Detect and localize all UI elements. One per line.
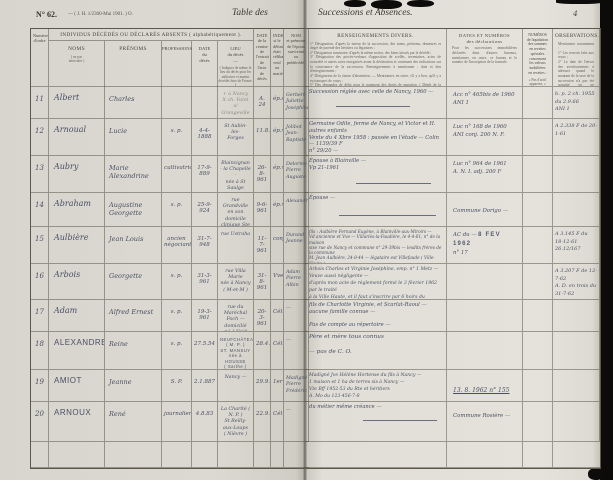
row-number: 18 [31, 332, 49, 370]
form-number: N° 62. [36, 10, 57, 19]
scan-artifact [407, 0, 434, 7]
cell-date-deces: 27.5.54 [192, 332, 218, 370]
cell-dates-numeros [447, 300, 523, 332]
cell-lieu-deces: + à Nancy X ch. Valet s/ Grangeville [218, 87, 254, 119]
cell-profession: s. p. [162, 264, 192, 300]
cell-observations: A 3.207 F de 12-7-62 A. D. en trois du 3… [553, 264, 600, 300]
row-number: 11 [31, 87, 49, 119]
cell-lieu-deces: rue Ustraha [218, 227, 254, 264]
right-table: RENSEIGNEMENTS DIVERS. 1° Désignation, d… [305, 28, 601, 469]
cell-etat: Cél. [271, 402, 284, 442]
cell-date-deces: 25-9-924 [192, 193, 218, 227]
cell-renseignements: Germaine Odile, ferme de Nancy, et Victo… [305, 119, 447, 156]
cell-date-deces: 2.1.887 [192, 370, 218, 402]
empty-cell [49, 442, 105, 468]
cell-observations [553, 370, 600, 402]
cell-nom: AMIOT [49, 370, 105, 402]
empty-cell [105, 442, 162, 468]
cell-nom: ARNOUX [49, 402, 105, 442]
cell-date-remise: 26-8-961 [254, 156, 271, 193]
cell-date-deces: 31-3-961 [192, 264, 218, 300]
cell-nom: Arnoual [49, 119, 105, 156]
cell-dates-numeros: Commune Rosière — [447, 402, 523, 442]
cell-nom: Abraham [49, 193, 105, 227]
col-header-prenoms: PRÉNOMS [105, 41, 162, 87]
empty-cell [523, 442, 553, 468]
cell-date-remise: 29.9.56 [254, 370, 271, 402]
row-number: 19 [31, 370, 49, 402]
cell-liquidation [523, 300, 553, 332]
ink-rule [356, 182, 430, 184]
col-group-individus: INDIVIDUS DÉCÉDÉS OU DÉCLARÉS ABSENTS ( … [49, 29, 254, 87]
empty-cell [218, 442, 254, 468]
cell-liquidation [523, 227, 553, 264]
cell-renseignements: Arbois Charles et Virginie Joséphine, em… [305, 264, 447, 300]
scan-artifact [588, 468, 604, 480]
cell-observations [553, 300, 600, 332]
empty-cell [271, 442, 284, 468]
ink-rule [336, 105, 410, 107]
cell-nom: Adam [49, 300, 105, 332]
cell-liquidation [523, 156, 553, 193]
cell-profession: s. p. [162, 193, 192, 227]
col-header-professions: PROFESSIONS [162, 41, 192, 87]
book-edge [600, 0, 613, 480]
col-header-lieu-deces: LIEU du décès —( Indiquer de même le lie… [218, 41, 253, 87]
cell-prenoms: René [105, 402, 162, 442]
cell-liquidation [523, 87, 553, 119]
cell-liquidation [523, 332, 553, 370]
cell-lieu-deces: La Charité ( N. P. ) St Reilly-aux-Loups… [218, 402, 254, 442]
cell-prenoms: Lucie [105, 119, 162, 156]
cell-date-remise: 28.4.54 [254, 332, 271, 370]
group-title: INDIVIDUS DÉCÉDÉS OU DÉCLARÉS ABSENTS ( … [49, 29, 253, 41]
cell-observations [553, 156, 600, 193]
cell-profession: s. p. [162, 119, 192, 156]
empty-cell [254, 442, 271, 468]
cell-profession: s. p. [162, 300, 192, 332]
cell-nom: ALEXANDRE [49, 332, 105, 370]
cell-lieu-deces: NEUFCHÂTEAU ( M. P. ) ST. MANSUY née à H… [218, 332, 254, 370]
row-number: 20 [31, 402, 49, 442]
cell-dates-numeros: Commune Dorigo — [447, 193, 523, 227]
cell-profession [162, 87, 192, 119]
cell-renseignements: fils de Charlotte Virginie, et Scarlat-R… [305, 300, 447, 332]
cell-dates-numeros: Luc n° 964 de 1961 A. N. I. adj. 200 F [447, 156, 523, 193]
cell-lieu-deces: rue du Maréchal Foch — domicilié né à Vo… [218, 300, 254, 332]
cell-profession: journalier [162, 402, 192, 442]
scan-artifact [556, 0, 602, 4]
empty-cell [192, 442, 218, 468]
cell-dates-numeros: Luc n° 168 de 1960 ANI conj. 200 N. F. [447, 119, 523, 156]
cell-renseignements: Madigné Jve Hélène Hortense du fils à Na… [305, 370, 447, 402]
cell-profession: s. p. [162, 332, 192, 370]
cell-lieu-deces: rue Villa Marie née à Nancy ( M-et-M ) [218, 264, 254, 300]
cell-observations: A 2.338 F de 20-1-61 [553, 119, 600, 156]
scan-artifact [344, 0, 366, 7]
cell-prenoms: Reine [105, 332, 162, 370]
cell-date-remise: A. 24 [254, 87, 271, 119]
cell-prenoms: Augustine Georgette [105, 193, 162, 227]
ink-rule [363, 419, 437, 421]
row-number: 15 [31, 227, 49, 264]
cell-etat: Cél. [271, 300, 284, 332]
cell-renseignements: Épouse à Blainville — Vp 21-1961 [305, 156, 447, 193]
cell-observations [553, 402, 600, 442]
cell-etat: conj. [271, 227, 284, 264]
col-header-etat-civil: INDIQUER si le défunt était célibataire,… [271, 29, 284, 87]
cell-profession: cultivatrice [162, 156, 192, 193]
cell-prenoms: Charles [105, 87, 162, 119]
cell-etat: ép.x [271, 156, 284, 193]
cell-prenoms: Jeanne [105, 370, 162, 402]
cell-nom: Arbois [49, 264, 105, 300]
col-header-numero: Numéros d'ordre [31, 29, 49, 87]
cell-prenoms: Marie Alexandrine [105, 156, 162, 193]
cell-liquidation [523, 370, 553, 402]
cell-renseignements: du métier même créance — [305, 402, 447, 442]
empty-cell [447, 442, 523, 468]
row-number: 16 [31, 264, 49, 300]
cell-prenoms: Georgette [105, 264, 162, 300]
empty-cell [31, 442, 49, 468]
dates-text: n° 17 [453, 249, 520, 257]
cell-liquidation [523, 119, 553, 156]
cell-renseignements: Succession réglée avec celle de Nancy, 1… [305, 87, 447, 119]
registry-scan: N° 62. — ( J. H. 1/2300-Mai 1901. ) O. T… [0, 0, 613, 480]
cell-observations [553, 332, 600, 370]
row-number: 12 [31, 119, 49, 156]
empty-cell [553, 442, 600, 468]
page-title-right: Successions et Absences. [318, 8, 413, 18]
cell-etat: ép.x [271, 119, 284, 156]
cell-observations: A 3.145 F du 18-12-61 26.12/167 [553, 227, 600, 264]
cell-date-remise: 9-6-961 [254, 193, 271, 227]
cell-date-deces: 19-3-961 [192, 300, 218, 332]
form-reference: — ( J. H. 1/2300-Mai 1901. ) O. [68, 12, 133, 17]
col-header-date-remise: DATE de la remise de l'extrait de l'acte… [254, 29, 271, 87]
cell-date-deces: 4-4-1888 [192, 119, 218, 156]
cell-liquidation [523, 264, 553, 300]
sub-headers: NOMS( ne pas intercaler ) PRÉNOMS PROFES… [49, 41, 253, 87]
cell-date-remise: 11.8.960 [254, 119, 271, 156]
col-header-date-deces: DATE du décès [192, 41, 218, 87]
cell-date-deces: 17-9-889 [192, 156, 218, 193]
cell-etat: ép.se [271, 87, 284, 119]
cell-date-deces [192, 87, 218, 119]
cell-observations [553, 193, 600, 227]
cell-etat: Cél. [271, 332, 284, 370]
col-header-renseignements: RENSEIGNEMENTS DIVERS. 1° Désignation, d… [305, 29, 447, 87]
cell-date-remise: 22.9.56 [254, 402, 271, 442]
page-number: 4 [573, 9, 578, 18]
cell-prenoms: Jean Louis [105, 227, 162, 264]
row-number: 13 [31, 156, 49, 193]
cell-dates-numeros: AC du — 8 FEV 1962 n° 17 [447, 227, 523, 264]
cell-nom: Aulbière [49, 227, 105, 264]
page-title-left: Table des [232, 8, 268, 18]
cell-etat: 1er [271, 370, 284, 402]
cell-liquidation [523, 402, 553, 442]
col-header-noms: NOMS( ne pas intercaler ) [49, 41, 105, 87]
cell-etat: Vve [271, 264, 284, 300]
cell-profession: ancien négociant [162, 227, 192, 264]
cell-dates-numeros: 13. 8. 1962 n° 155 [447, 370, 523, 402]
cell-lieu-deces: rue Grandville en son domicile clinique … [218, 193, 254, 227]
cell-dates-numeros [447, 332, 523, 370]
cell-liquidation [523, 193, 553, 227]
empty-cell [162, 442, 192, 468]
cell-renseignements: fils : Aulbière Fernand Eugène, à Blainv… [305, 227, 447, 264]
cell-lieu-deces: St Aubin-les- Forges [218, 119, 254, 156]
cell-renseignements: Épouse — [305, 193, 447, 227]
cell-etat: ép.x [271, 193, 284, 227]
cell-lieu-deces: Blainzignan - la Chapelle - née à St Sau… [218, 156, 254, 193]
row-number: 17 [31, 300, 49, 332]
cell-renseignements: Père et mère tous connus — pas de C. O. [305, 332, 447, 370]
cell-dates-numeros: Acc n° 465bis de 1960 ANI 1 [447, 87, 523, 119]
left-table: Numéros d'ordre INDIVIDUS DÉCÉDÉS OU DÉC… [30, 28, 309, 469]
row-number: 14 [31, 193, 49, 227]
cell-date-remise: 20-3-961 [254, 300, 271, 332]
col-header-dates-numeros: DATES ET NUMÉROS des déclarations Pour l… [447, 29, 523, 87]
cell-profession: S. P. [162, 370, 192, 402]
col-header-liquidation: NUMÉROS de liquidation des sommes en rec… [523, 29, 553, 87]
cell-prenoms: Alfred Ernest [105, 300, 162, 332]
cell-observations: b. p. 2 ch. 1955 du 2.9.66 ANI 1 [553, 87, 600, 119]
cell-date-remise: 31-8-961 [254, 264, 271, 300]
cell-nom: Albert [49, 87, 105, 119]
ink-rule [339, 214, 436, 216]
dates-text: AC du — [453, 232, 477, 238]
col-header-observations: OBSERVATIONS. Mentionner notamment : 1° … [553, 29, 600, 87]
empty-cell [305, 442, 447, 468]
cell-date-deces: 4.8.83 [192, 402, 218, 442]
cell-date-deces: 31-7-948 [192, 227, 218, 264]
cell-date-remise: 11-7-961 [254, 227, 271, 264]
cell-dates-numeros [447, 264, 523, 300]
cell-nom: Aubry [49, 156, 105, 193]
cell-lieu-deces: Nancy — [218, 370, 254, 402]
